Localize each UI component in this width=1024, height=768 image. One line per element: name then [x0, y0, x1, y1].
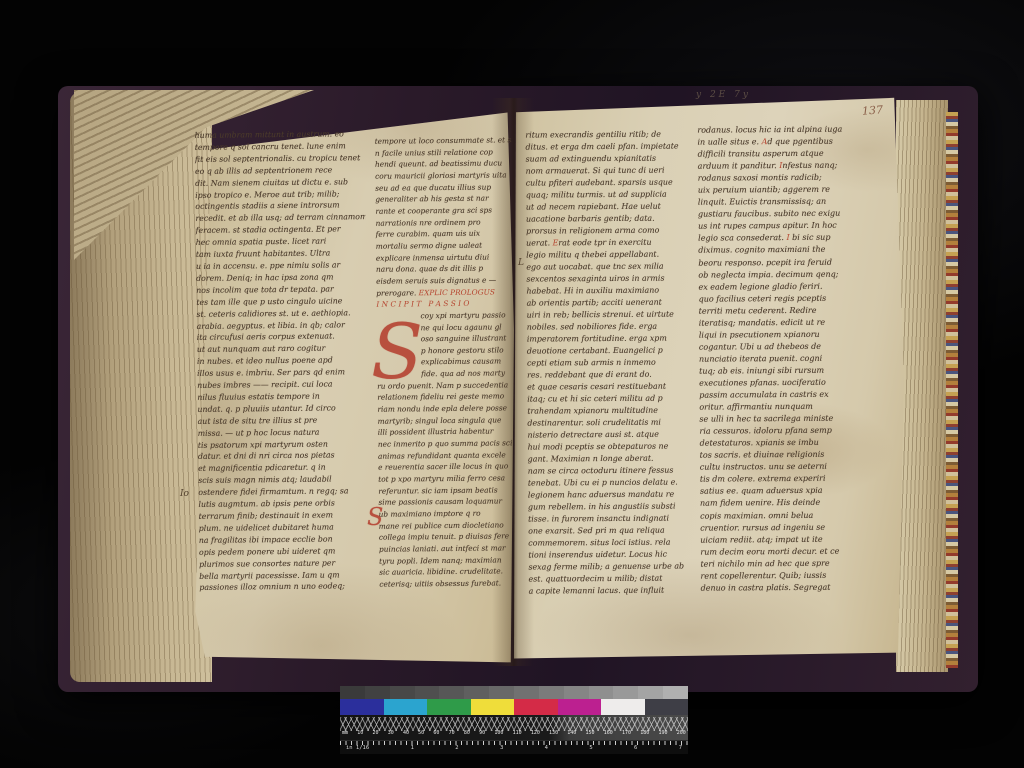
- manuscript-text-line: nobiles. sed nobiliores fide. erga: [527, 320, 690, 333]
- manuscript-text-line: illos usus e. imbriu. Ser pars qd enim: [197, 366, 367, 380]
- gray-step: [365, 686, 390, 699]
- gray-step: [663, 686, 688, 699]
- ruler-tick-lattice: [340, 717, 688, 731]
- color-patch-blue: [340, 699, 384, 715]
- manuscript-text-line: feracem. st stadia octingenta. Et per: [196, 223, 366, 237]
- manuscript-text-line: uerat. Erat eode tpr in exercitu: [526, 236, 689, 249]
- manuscript-text-line: sexag ferme milib; a genuense urbe ab: [528, 560, 691, 573]
- manuscript-text-line: quaq; militu turmis. ut ad supplicia: [526, 188, 689, 201]
- mm-tick-label: 10: [357, 730, 363, 736]
- manuscript-text-line: passiones illoz omnium n uno eodeq;: [199, 581, 369, 595]
- gray-step: [489, 686, 514, 699]
- manuscript-text-line: cepti etiam sub armis n inmemo: [527, 356, 690, 369]
- manuscript-text-line: ego aut uocabat. que tnc sex milia: [526, 260, 689, 273]
- manuscript-text-line: hui modi pceptis se obtepaturos ne: [528, 440, 691, 453]
- manuscript-text-line: coru mauricii gloriosi martyris uita: [375, 169, 512, 182]
- mm-tick-label: 160: [604, 730, 613, 736]
- manuscript-text-line: nom armauerat. Si qui tunc di ueri: [526, 164, 689, 177]
- inch-tick-label: 7: [679, 745, 682, 751]
- gray-step: [439, 686, 464, 699]
- mm-tick-label: 90: [479, 730, 485, 736]
- decorated-fore-edge: [946, 112, 958, 668]
- mm-tick-label: 40: [403, 730, 409, 736]
- gray-step: [464, 686, 489, 699]
- color-patch-magenta: [558, 699, 602, 715]
- color-patch-cyan: [384, 699, 428, 715]
- mm-tick-label: 70: [449, 730, 455, 736]
- manuscript-text-line: ne qui locu agaunu gl: [421, 321, 514, 334]
- mm-tick-label: 30: [388, 730, 394, 736]
- manuscript-text-line: tempore ut loco consummate st. et si: [375, 134, 512, 147]
- manuscript-text-line: sexcentos sexaginta uiros in armis: [526, 272, 689, 285]
- gray-step: [564, 686, 589, 699]
- color-patch-yellow: [471, 699, 515, 715]
- mm-tick-label: 200: [677, 730, 686, 736]
- color-patch-green: [427, 699, 471, 715]
- mm-tick-label: 110: [513, 730, 522, 736]
- manuscript-text-line: uiri in reb; bellicis strenui. et uirtut…: [527, 308, 690, 321]
- manuscript-text-line: res. reddebant que di erant do.: [527, 368, 690, 381]
- manuscript-text-line: tioni inserendus uidetur. Locus hic: [528, 548, 691, 561]
- text-column-right-page-d: rodanus. locus hic ia int alpina iugain …: [697, 123, 878, 594]
- manuscript-text-line: st. ceteris calidiores st. ut e. aethiop…: [196, 307, 366, 321]
- manuscript-text-line: dit. Nam sienem ciuitas ut dictu e. sub: [195, 176, 365, 190]
- manuscript-text-line: prerogare. EXPLIC PROLOGUS: [376, 286, 513, 299]
- inch-tick-label: 3: [500, 745, 503, 751]
- mm-tick-label: 150: [586, 730, 595, 736]
- mm-tick-label: 80: [464, 730, 470, 736]
- gray-step: [390, 686, 415, 699]
- gray-step: [539, 686, 564, 699]
- manuscript-text-line: p honore gestoru stilo: [421, 344, 514, 357]
- color-patch-red: [514, 699, 558, 715]
- manuscript-text-line: fit eis sol septentrionalis. cu tropicu …: [195, 152, 365, 166]
- gray-step: [340, 686, 365, 699]
- mm-tick-label: 170: [622, 730, 631, 736]
- manuscript-text-line: fide. qua ad nos marty: [421, 367, 514, 380]
- grayscale-step-wedge: [340, 686, 688, 699]
- mm-tick-label: 180: [640, 730, 649, 736]
- manuscript-text-line: habebat. Hi in auxiliu maximiano: [526, 284, 689, 297]
- manuscript-photograph: y 2E 7y 137 huma umbram mittunt in austr…: [0, 0, 1024, 768]
- mm-tick-label: mm: [342, 730, 348, 736]
- inch-tick-label: 4: [545, 745, 548, 751]
- color-calibration-target: mm10203040506070809010011012013014015016…: [338, 686, 690, 754]
- manuscript-text-line: ut ad necem rapiebant. Hae uelut: [526, 200, 689, 213]
- manuscript-text-line: deuotione certabant. Euangelici p: [527, 344, 690, 357]
- manuscript-text-line: a capite lemanni lacus. que influit: [529, 584, 692, 597]
- inch-tick-label: 6: [634, 745, 637, 751]
- manuscript-text-line: suam ad extinguendu xpianitatis: [526, 152, 689, 165]
- mm-tick-label: 190: [658, 730, 667, 736]
- manuscript-text-line: et quae cesaris cesari restituebant: [527, 380, 690, 393]
- manuscript-text-line: imperatorem fortitudine. erga xpm: [527, 332, 690, 345]
- inch-tick-label: 1: [411, 745, 414, 751]
- gray-step: [613, 686, 638, 699]
- manuscript-text-line: tisse. in furorem insanctu indignati: [528, 512, 691, 525]
- manuscript-text-line: uacatione barbaris gentib; data.: [526, 212, 689, 225]
- manuscript-text-line: legio militu q thebei appellabant.: [526, 248, 689, 261]
- manuscript-text-line: sime passionis causam loquamur: [378, 496, 515, 509]
- manuscript-text-line: ceterisq; uitiis obsessus furebat.: [379, 577, 516, 590]
- mm-tick-label: 120: [531, 730, 540, 736]
- mm-tick-label: 50: [418, 730, 424, 736]
- rubricated-initial: S: [371, 314, 423, 390]
- mm-tick-label: 130: [549, 730, 558, 736]
- inch-ruler: in 1/161234567: [340, 740, 688, 754]
- color-patch-white: [601, 699, 645, 715]
- inch-tick-label: 5: [589, 745, 592, 751]
- millimeter-ruler: mm10203040506070809010011012013014015016…: [340, 715, 688, 740]
- manuscript-text-line: coy xpi martyru passio: [420, 309, 513, 322]
- manuscript-text-line: rante et cooperante gra sci sps: [375, 204, 512, 217]
- manuscript-text-line: arabia. aegyptus. et libia. in qb; calor: [197, 319, 367, 333]
- manuscript-text-line: explicabimus causam: [421, 356, 514, 369]
- gray-step: [415, 686, 440, 699]
- manuscript-text-line: tot p xpo martyru milia ferro cesa: [378, 472, 515, 485]
- manuscript-text-line: oso sanguine illustrant: [421, 332, 514, 345]
- color-patch-row: [340, 699, 688, 715]
- mm-tick-label: 140: [567, 730, 576, 736]
- manuscript-text-line: cultu pfiteri audebant. sparsis usque: [526, 176, 689, 189]
- manuscript-text-line: ostendere fidei firmamtum. n regq; sa: [198, 485, 368, 499]
- manuscript-text-line: prorsus in religionem arma como: [526, 224, 689, 237]
- manuscript-text-line: itaq; cu et hi sic ceteri militu ad p: [527, 392, 690, 405]
- gray-step: [638, 686, 663, 699]
- folio-number: 137: [862, 103, 884, 117]
- manuscript-text-line: est. quattuordecim u milib; distat: [528, 572, 691, 585]
- text-column-right-page-c: ritum execrandis gentiliu ritib; deditus…: [525, 128, 691, 597]
- manuscript-text-line: denuo in castra platis. Segregat: [701, 581, 879, 594]
- manuscript-text-line: ditus. et erga dm caeli pfan. impietate: [525, 140, 688, 153]
- inch-tick-label: 2: [455, 745, 458, 751]
- margin-mark: Io: [180, 489, 189, 499]
- mm-tick-label: 100: [494, 730, 503, 736]
- color-patch-dark-gray: [645, 699, 689, 715]
- mm-tick-label: 60: [433, 730, 439, 736]
- margin-mark: L: [518, 258, 524, 268]
- gray-step: [514, 686, 539, 699]
- manuscript-text-line: ab orientis partib; acciti uenerant: [527, 296, 690, 309]
- quire-mark: y 2E 7y: [696, 90, 751, 100]
- text-column-left-page-a: huma umbram mittunt in austrum. eotempor…: [195, 128, 370, 594]
- manuscript-text-line: martyrib; singul loca singula que: [378, 414, 515, 427]
- manuscript-text-line: puincias laniati. aut intfeci st mar: [379, 542, 516, 555]
- manuscript-text-line: eisdem seruis suis dignatus e —: [376, 274, 513, 287]
- rubricated-initial: S: [367, 505, 383, 529]
- inch-tick-label: in 1/16: [346, 745, 369, 751]
- millimeter-labels: mm10203040506070809010011012013014015016…: [340, 730, 688, 736]
- manuscript-text-line: nec inmerito p quo summa pacis sci: [378, 437, 515, 450]
- inch-labels: in 1/161234567: [340, 745, 688, 751]
- gray-step: [589, 686, 614, 699]
- mm-tick-label: 20: [372, 730, 378, 736]
- manuscript-text-line: ritum execrandis gentiliu ritib; de: [525, 128, 688, 141]
